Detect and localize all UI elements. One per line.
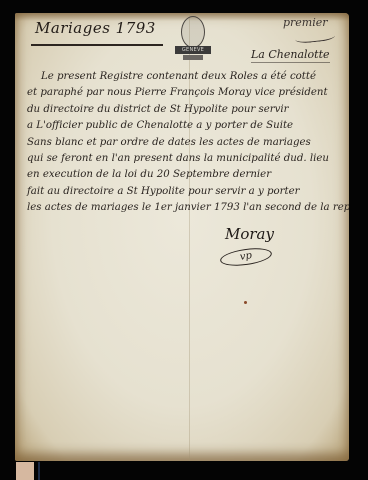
document-heading: Mariages 1793 <box>35 19 156 37</box>
place-name: La Chenalotte <box>251 48 330 63</box>
document-body: Le present Registre contenant deux Roles… <box>27 69 345 217</box>
body-line: Sans blanc et par ordre de dates les act… <box>27 135 345 151</box>
document-page: Mariages 1793 GENEVE premier La Chenalot… <box>15 13 349 461</box>
signature: Moray <box>225 225 274 243</box>
binding-line <box>38 462 40 480</box>
body-line: et paraphé par nous Pierre François Mora… <box>27 85 345 101</box>
ink-blemish <box>244 301 247 304</box>
body-line: du directoire du district de St Hypolite… <box>27 102 345 118</box>
folio-note: premier <box>283 16 328 29</box>
body-line: a L'officier public de Chenalotte a y po… <box>27 118 345 134</box>
body-line: en execution de la loi du 20 Septembre d… <box>27 167 345 183</box>
stamp-oval <box>181 16 205 48</box>
stamp-label: GENEVE <box>175 46 211 54</box>
heading-underline <box>31 44 163 46</box>
body-line: qui se feront en l'an present dans la mu… <box>27 151 345 167</box>
body-line: Le present Registre contenant deux Roles… <box>27 69 345 85</box>
scan-background: Mariages 1793 GENEVE premier La Chenalot… <box>0 0 368 480</box>
official-stamp-icon: GENEVE <box>173 16 213 74</box>
paraph-flourish <box>295 29 336 44</box>
stamp-base <box>183 55 203 60</box>
signature-title: vp <box>219 245 273 268</box>
body-line: les actes de mariages le 1er janvier 179… <box>27 200 345 216</box>
body-line: fait au directoire a St Hypolite pour se… <box>27 184 345 200</box>
binding-strip <box>16 462 34 480</box>
